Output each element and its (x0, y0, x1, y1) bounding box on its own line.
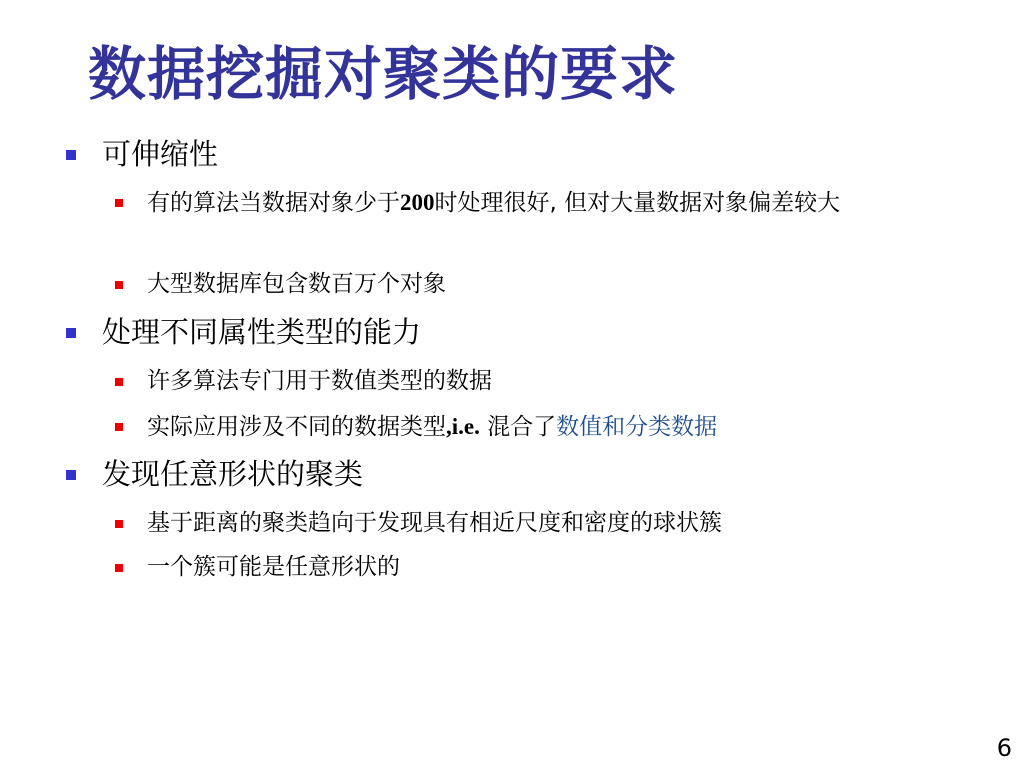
sub-bullet-text: 许多算法专门用于数值类型的数据 (147, 364, 955, 399)
square-bullet-icon (115, 281, 123, 289)
bullet-label: 发现任意形状的聚类 (102, 456, 363, 492)
sub-bullet-text: 一个簇可能是任意形状的 (147, 550, 955, 585)
sub-bullet-large-db: 大型数据库包含数百万个对象 (115, 267, 955, 302)
sub-bullet-spherical: 基于距离的聚类趋向于发现具有相近尺度和密度的球状簇 (115, 506, 955, 541)
bullet-label: 可伸缩性 (102, 136, 218, 172)
highlighted-text: 数值和分类数据 (556, 414, 717, 440)
sub-bullet-text: 基于距离的聚类趋向于发现具有相近尺度和密度的球状簇 (147, 506, 955, 541)
square-bullet-icon (115, 520, 123, 528)
square-bullet-icon (115, 199, 123, 207)
square-bullet-icon (66, 470, 76, 480)
sub-bullet-numeric: 许多算法专门用于数值类型的数据 (115, 364, 955, 399)
sub-bullet-text: 有的算法当数据对象少于200时处理很好, 但对大量数据对象偏差较大 (147, 185, 955, 221)
square-bullet-icon (115, 423, 123, 431)
sub-bullet-any-shape: 一个簇可能是任意形状的 (115, 550, 955, 585)
square-bullet-icon (66, 328, 76, 338)
square-bullet-icon (66, 150, 76, 160)
sub-bullet-mixed-types: 实际应用涉及不同的数据类型,i.e. 混合了数值和分类数据 (115, 409, 955, 445)
sub-bullet-text: 实际应用涉及不同的数据类型,i.e. 混合了数值和分类数据 (147, 409, 955, 445)
slide-title: 数据挖掘对聚类的要求 (88, 36, 678, 112)
square-bullet-icon (115, 378, 123, 386)
bullet-label: 处理不同属性类型的能力 (102, 314, 421, 350)
sub-bullet-small-data: 有的算法当数据对象少于200时处理很好, 但对大量数据对象偏差较大 (115, 185, 955, 221)
square-bullet-icon (115, 564, 123, 572)
page-number: 6 (997, 734, 1012, 762)
sub-bullet-text: 大型数据库包含数百万个对象 (147, 267, 955, 302)
